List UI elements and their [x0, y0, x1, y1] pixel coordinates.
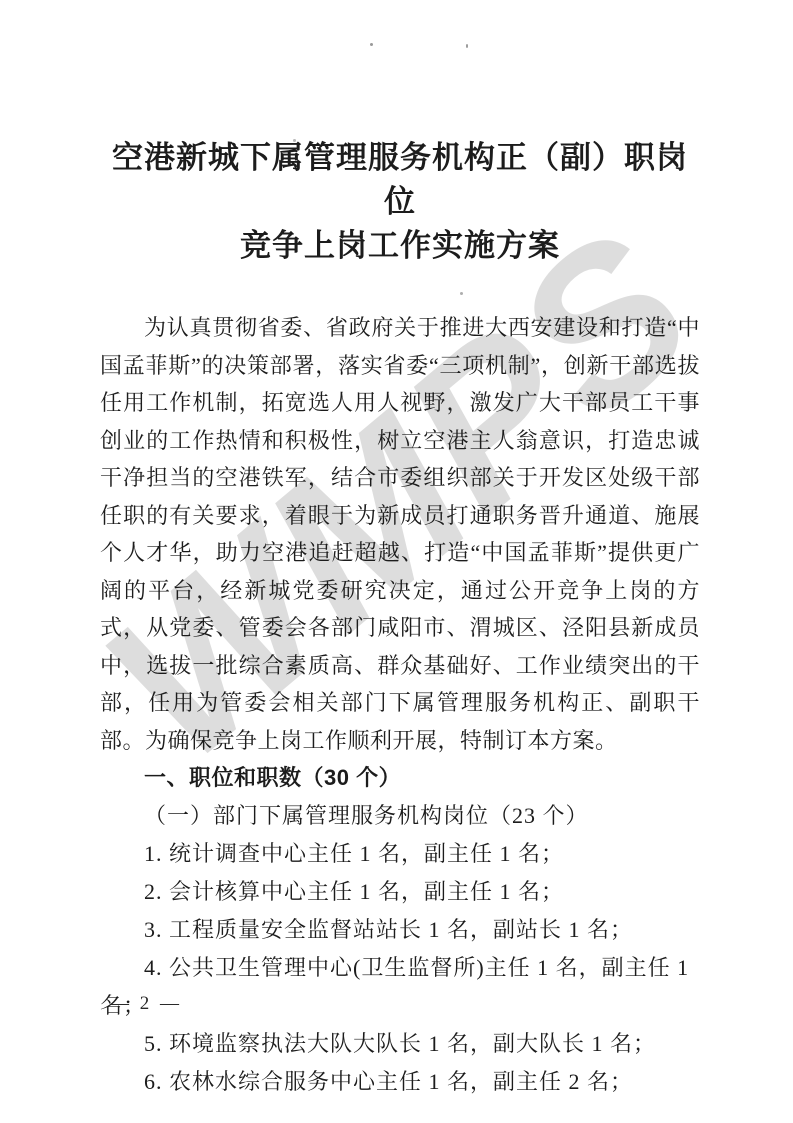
document-content: 空港新城下属管理服务机构正（副）职岗位竞争上岗工作实施方案 为认真贯彻省委、省政…	[0, 0, 793, 1101]
list-item-2: 2. 会计核算中心主任 1 名，副主任 1 名；	[100, 873, 700, 911]
document-title-line-1: 空港新城下属管理服务机构正（副）职岗位	[112, 140, 688, 219]
document-title-line-2: 竞争上岗工作实施方案	[240, 228, 560, 263]
section-heading-positions: 一、职位和职数（30 个）	[100, 759, 700, 797]
document-page: WMPS 空港新城下属管理服务机构正（副）职岗位竞争上岗工作实施方案 为认真贯彻…	[0, 0, 793, 1123]
list-item-1: 1. 统计调查中心主任 1 名，副主任 1 名；	[100, 835, 700, 873]
list-item-4: 4. 公共卫生管理中心(卫生监督所)主任 1 名，副主任 1 名；	[100, 949, 700, 1025]
list-item-5: 5. 环境监察执法大队大队长 1 名，副大队长 1 名；	[100, 1025, 700, 1063]
subsection-heading-department-posts: （一）部门下属管理服务机构岗位（23 个）	[100, 797, 700, 835]
intro-paragraph: 为认真贯彻省委、省政府关于推进大西安建设和打造“中国孟菲斯”的决策部署，落实省委…	[100, 309, 700, 759]
page-number: — 2 —	[110, 993, 182, 1015]
list-item-3: 3. 工程质量安全监督站站长 1 名，副站长 1 名；	[100, 911, 700, 949]
list-item-6: 6. 农林水综合服务中心主任 1 名，副主任 2 名；	[100, 1063, 700, 1101]
document-title: 空港新城下属管理服务机构正（副）职岗位竞争上岗工作实施方案	[100, 0, 700, 268]
